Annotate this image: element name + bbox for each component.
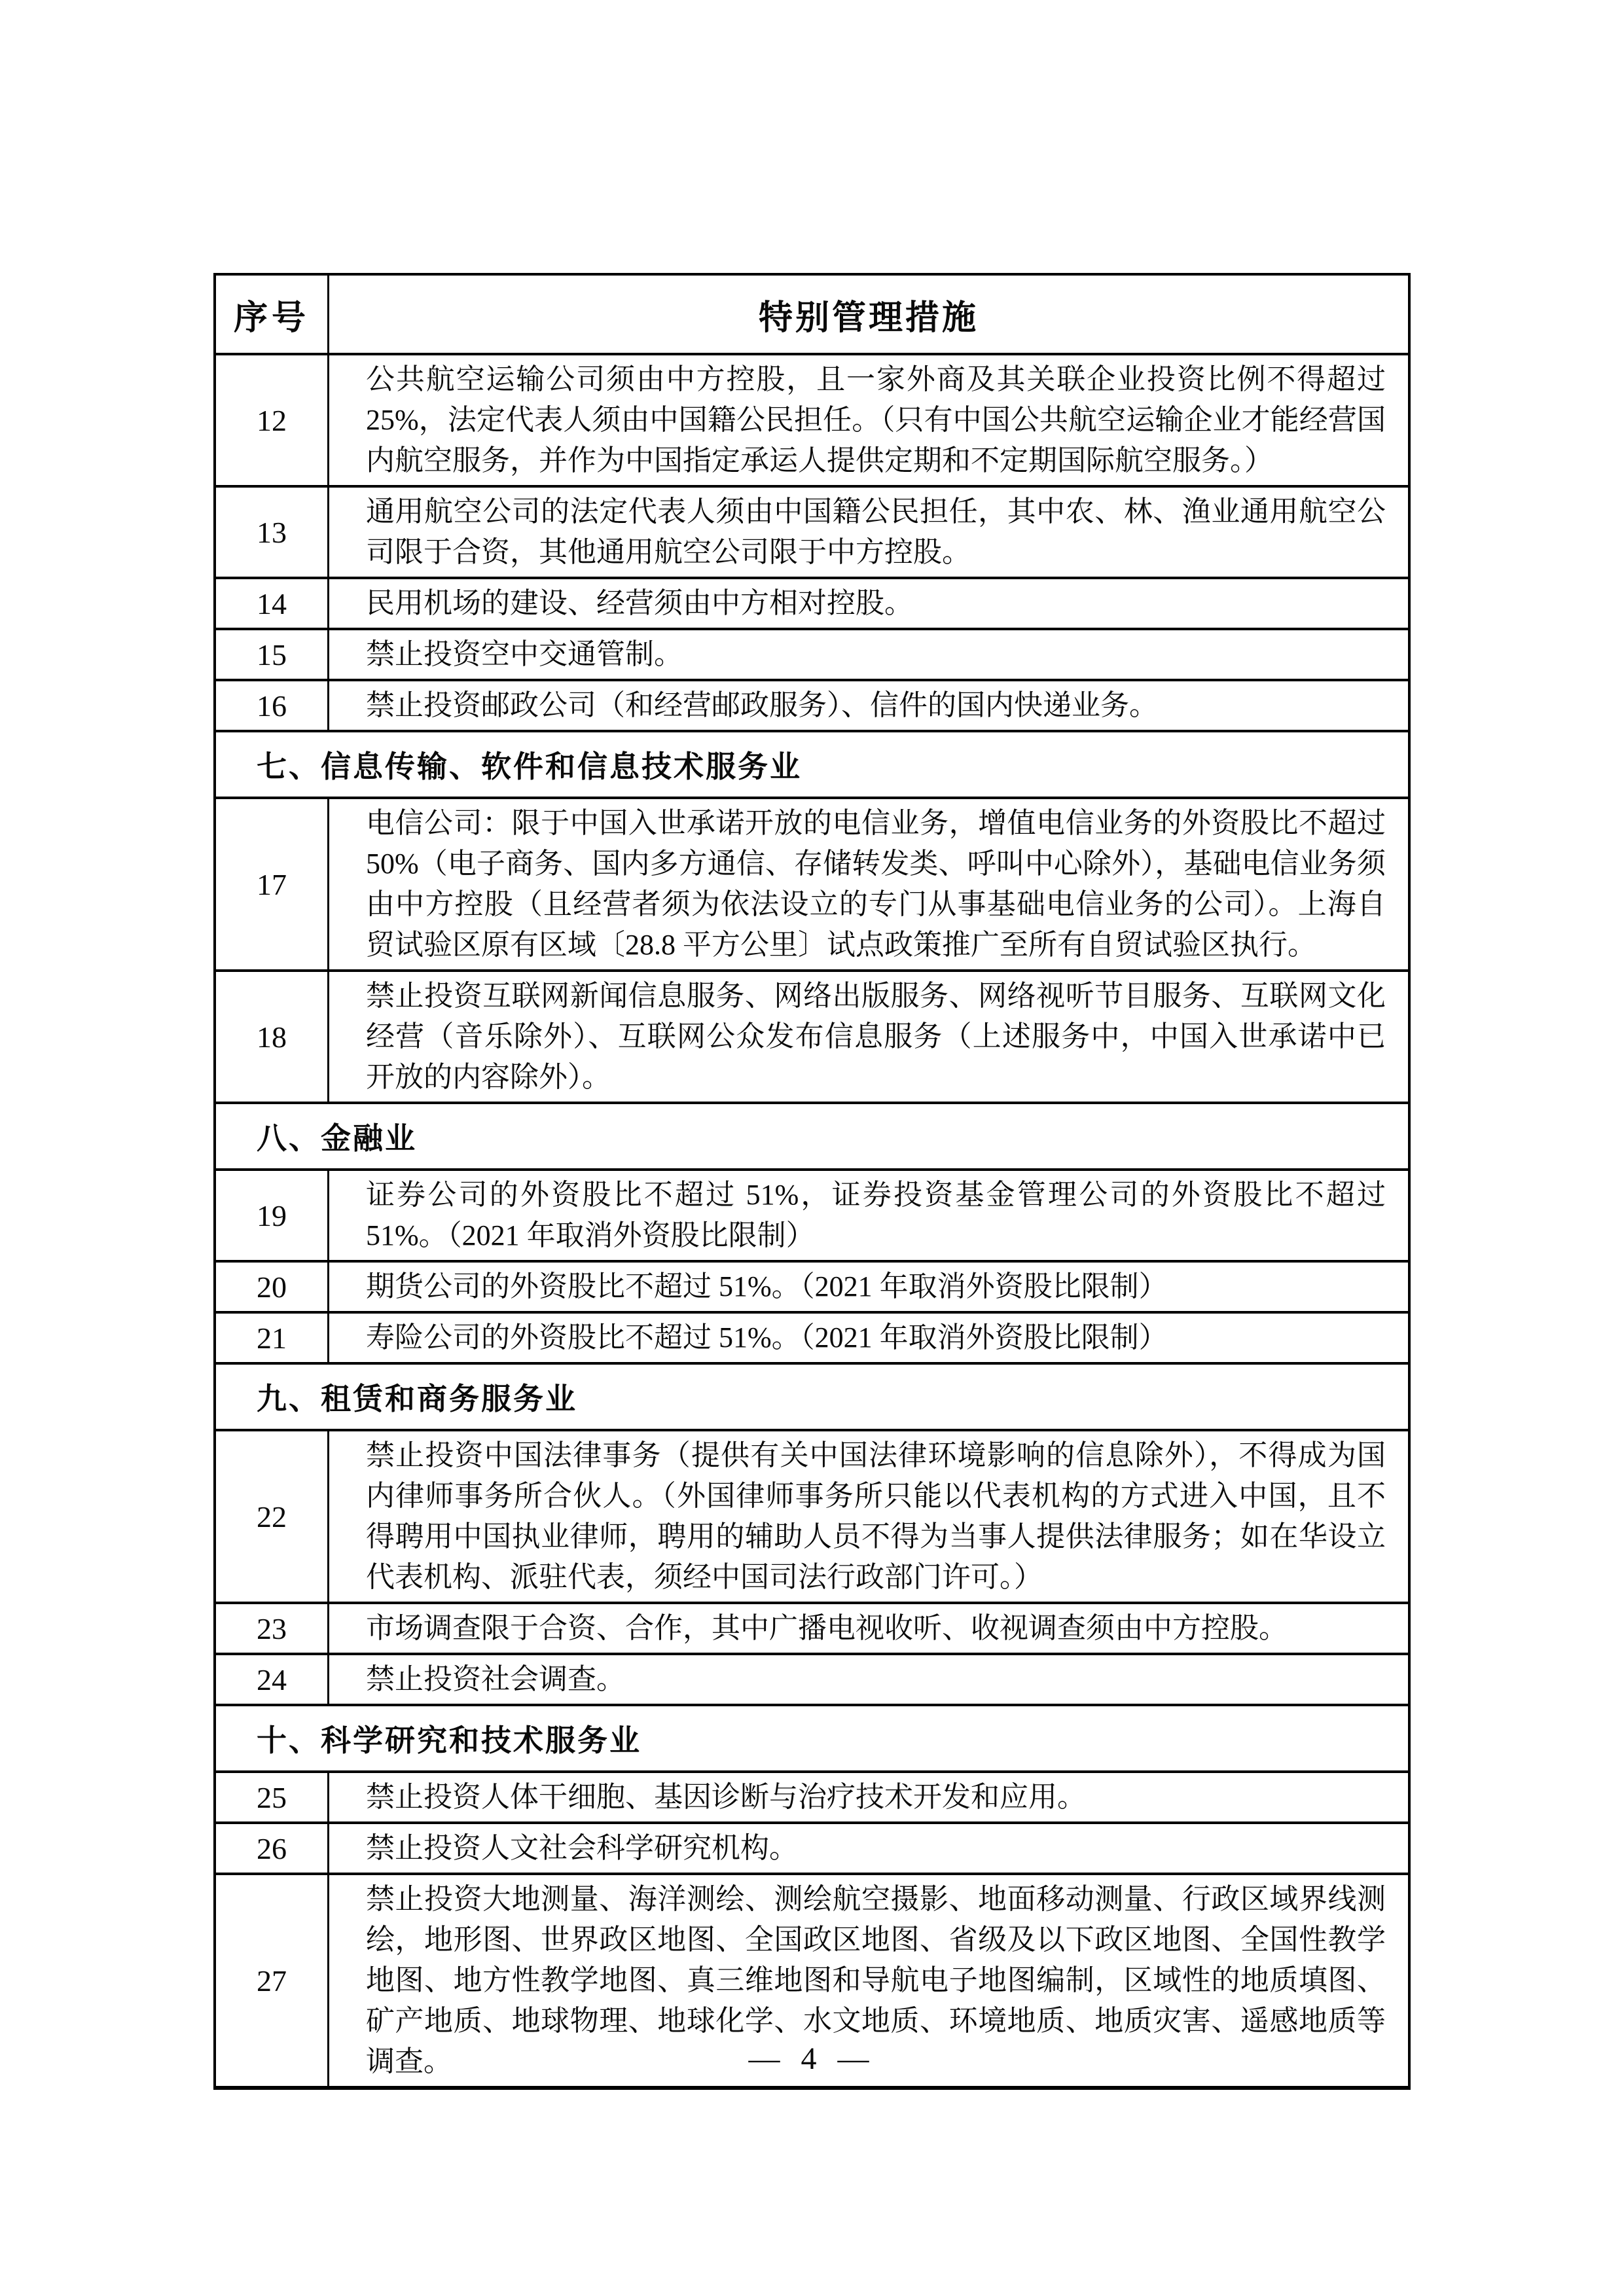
measures-table: 序号 特别管理措施 12 公共航空运输公司须由中方控股，且一家外商及其关联企业投… (213, 273, 1411, 2090)
column-header-measures: 特别管理措施 (329, 276, 1408, 353)
row-number: 24 (216, 1655, 329, 1704)
row-number: 14 (216, 579, 329, 628)
row-measure-text: 公共航空运输公司须由中方控股，且一家外商及其关联企业投资比例不得超过 25%，法… (329, 355, 1408, 485)
table-row: 24 禁止投资社会调查。 (216, 1653, 1408, 1704)
row-measure-text: 禁止投资邮政公司（和经营邮政服务）、信件的国内快递业务。 (329, 681, 1408, 730)
row-number: 13 (216, 488, 329, 577)
section-header-row: 十、科学研究和技术服务业 (216, 1704, 1408, 1770)
row-number: 25 (216, 1773, 329, 1821)
row-number: 23 (216, 1604, 329, 1653)
section-title: 九、租赁和商务服务业 (216, 1365, 1408, 1429)
row-measure-text: 证券公司的外资股比不超过 51%，证券投资基金管理公司的外资股比不超过 51%。… (329, 1171, 1408, 1260)
row-number: 15 (216, 630, 329, 679)
row-measure-text: 市场调查限于合资、合作，其中广播电视收听、收视调查须由中方控股。 (329, 1604, 1408, 1653)
row-number: 12 (216, 355, 329, 485)
table-row: 15 禁止投资空中交通管制。 (216, 628, 1408, 679)
section-title: 七、信息传输、软件和信息技术服务业 (216, 732, 1408, 797)
row-measure-text: 禁止投资人体干细胞、基因诊断与治疗技术开发和应用。 (329, 1773, 1408, 1821)
column-header-index: 序号 (216, 276, 329, 353)
row-measure-text: 禁止投资人文社会科学研究机构。 (329, 1824, 1408, 1873)
table-row: 13 通用航空公司的法定代表人须由中国籍公民担任，其中农、林、渔业通用航空公司限… (216, 485, 1408, 577)
page-footer: — 4 — (0, 2041, 1624, 2077)
row-measure-text: 电信公司：限于中国入世承诺开放的电信业务，增值电信业务的外资股比不超过 50%（… (329, 799, 1408, 969)
section-header-row: 七、信息传输、软件和信息技术服务业 (216, 730, 1408, 797)
table-row: 17 电信公司：限于中国入世承诺开放的电信业务，增值电信业务的外资股比不超过 5… (216, 797, 1408, 969)
row-number: 22 (216, 1431, 329, 1602)
row-measure-text: 禁止投资社会调查。 (329, 1655, 1408, 1704)
table-row: 16 禁止投资邮政公司（和经营邮政服务）、信件的国内快递业务。 (216, 679, 1408, 730)
row-measure-text: 寿险公司的外资股比不超过 51%。（2021 年取消外资股比限制） (329, 1314, 1408, 1362)
row-measure-text: 禁止投资互联网新闻信息服务、网络出版服务、网络视听节目服务、互联网文化经营（音乐… (329, 972, 1408, 1102)
row-number: 20 (216, 1263, 329, 1311)
table-row: 20 期货公司的外资股比不超过 51%。（2021 年取消外资股比限制） (216, 1260, 1408, 1311)
table-row: 23 市场调查限于合资、合作，其中广播电视收听、收视调查须由中方控股。 (216, 1602, 1408, 1653)
table-row: 21 寿险公司的外资股比不超过 51%。（2021 年取消外资股比限制） (216, 1311, 1408, 1362)
row-number: 18 (216, 972, 329, 1102)
section-header-row: 九、租赁和商务服务业 (216, 1362, 1408, 1429)
row-measure-text: 民用机场的建设、经营须由中方相对控股。 (329, 579, 1408, 628)
table-row: 26 禁止投资人文社会科学研究机构。 (216, 1821, 1408, 1873)
document-page: 序号 特别管理措施 12 公共航空运输公司须由中方控股，且一家外商及其关联企业投… (0, 0, 1624, 2296)
section-title: 八、金融业 (216, 1104, 1408, 1168)
row-measure-text: 禁止投资中国法律事务（提供有关中国法律环境影响的信息除外），不得成为国内律师事务… (329, 1431, 1408, 1602)
row-number: 17 (216, 799, 329, 969)
table-row: 22 禁止投资中国法律事务（提供有关中国法律环境影响的信息除外），不得成为国内律… (216, 1429, 1408, 1602)
table-row: 18 禁止投资互联网新闻信息服务、网络出版服务、网络视听节目服务、互联网文化经营… (216, 969, 1408, 1102)
section-title: 十、科学研究和技术服务业 (216, 1706, 1408, 1770)
row-number: 19 (216, 1171, 329, 1260)
row-number: 26 (216, 1824, 329, 1873)
row-measure-text: 通用航空公司的法定代表人须由中国籍公民担任，其中农、林、渔业通用航空公司限于合资… (329, 488, 1408, 577)
table-row: 25 禁止投资人体干细胞、基因诊断与治疗技术开发和应用。 (216, 1770, 1408, 1821)
table-row: 12 公共航空运输公司须由中方控股，且一家外商及其关联企业投资比例不得超过 25… (216, 353, 1408, 485)
row-measure-text: 期货公司的外资股比不超过 51%。（2021 年取消外资股比限制） (329, 1263, 1408, 1311)
table-header-row: 序号 特别管理措施 (216, 276, 1408, 353)
row-measure-text: 禁止投资空中交通管制。 (329, 630, 1408, 679)
page-number: — 4 — (0, 2041, 1624, 2077)
row-number: 21 (216, 1314, 329, 1362)
section-header-row: 八、金融业 (216, 1102, 1408, 1168)
table-row: 19 证券公司的外资股比不超过 51%，证券投资基金管理公司的外资股比不超过 5… (216, 1168, 1408, 1260)
table-row: 14 民用机场的建设、经营须由中方相对控股。 (216, 577, 1408, 628)
row-number: 16 (216, 681, 329, 730)
